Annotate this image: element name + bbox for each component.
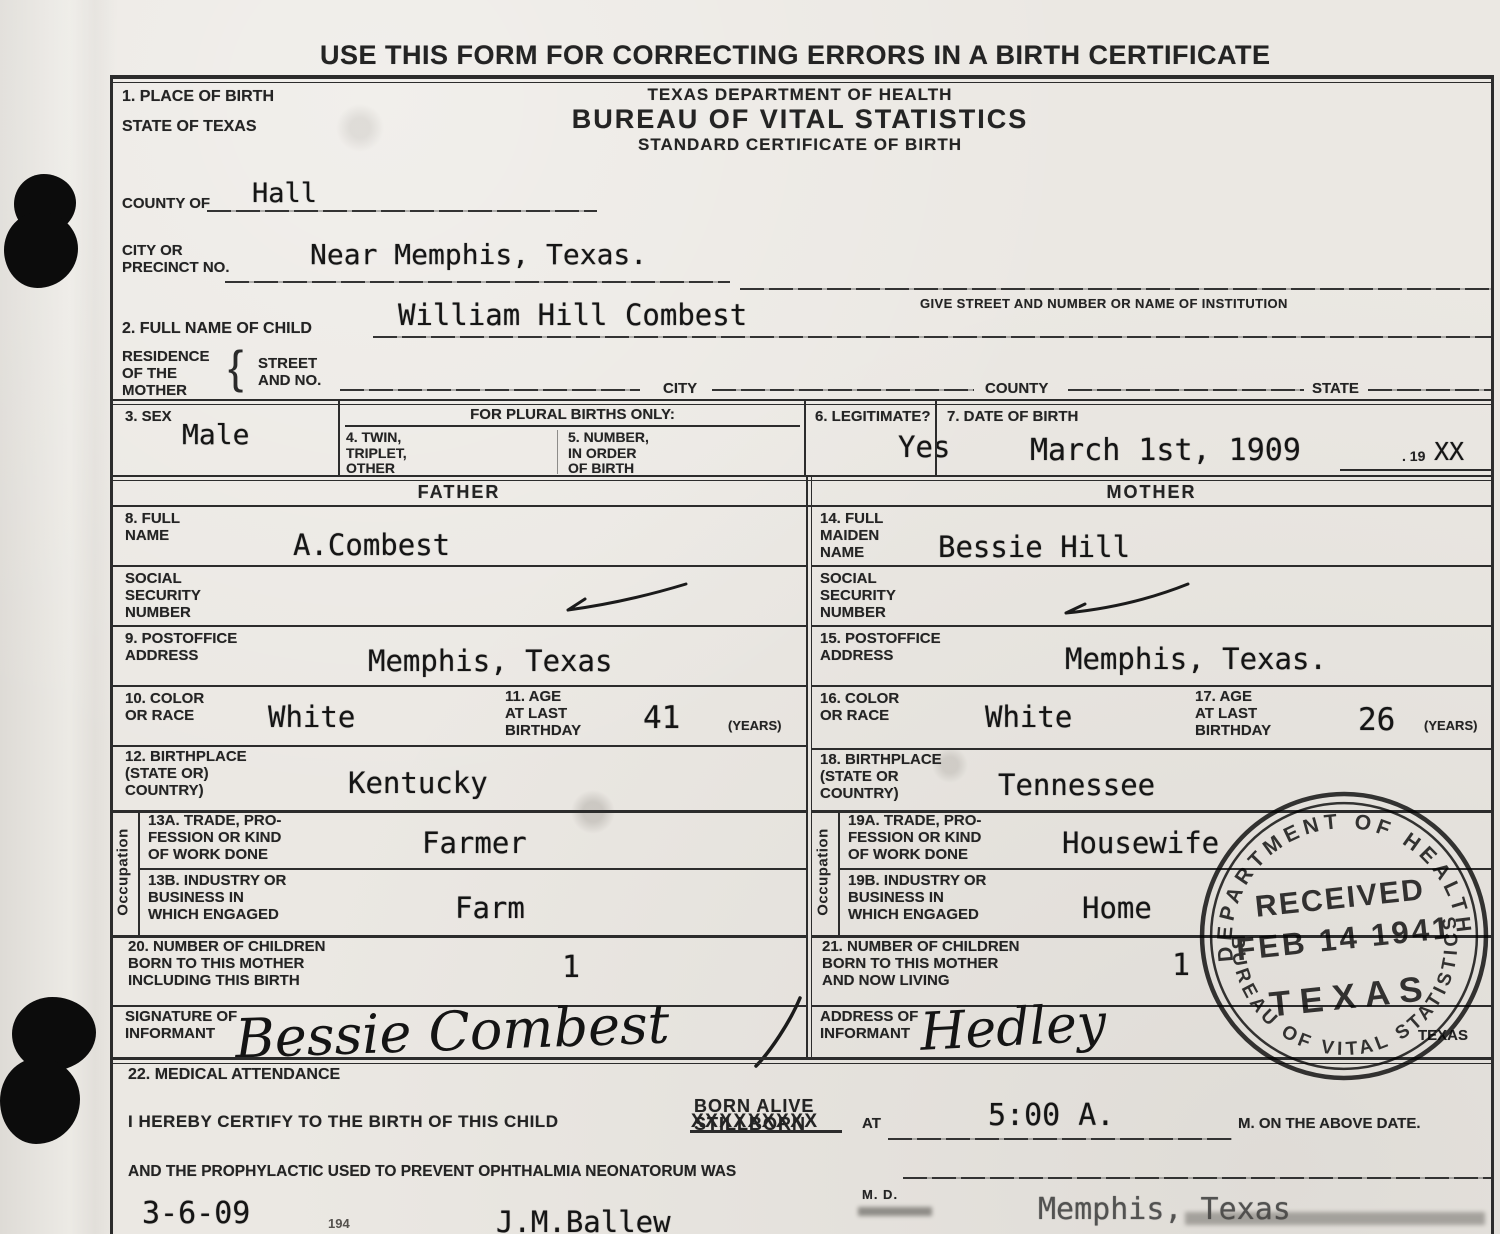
- city-precinct-label: CITY OR PRECINCT NO.: [122, 243, 230, 277]
- struck-text-smudge: [858, 1207, 932, 1216]
- father-row-line-1: [112, 565, 806, 567]
- mother-column-header: MOTHER: [812, 482, 1491, 502]
- footer-date-value: 3-6-09: [142, 1196, 250, 1231]
- mother-industry-value: Home: [1082, 891, 1152, 925]
- residence-county-fill: [1068, 389, 1304, 391]
- city-value: Near Memphis, Texas.: [310, 238, 647, 271]
- street-fill-line: [340, 389, 640, 391]
- place-of-birth-label: 1. PLACE OF BIRTH: [122, 88, 274, 106]
- father-ssn-slash-mark: [558, 580, 693, 618]
- columns-header-bottom: [112, 505, 1494, 507]
- mother-row-line-1: [812, 565, 1491, 567]
- mother-years-label: (YEARS): [1424, 719, 1477, 734]
- mother-ssn-slash-mark: [1058, 578, 1193, 620]
- plural-underline: [345, 425, 800, 427]
- stillborn-strike-line: [690, 1130, 842, 1133]
- mother-children-label: 21. NUMBER OF CHILDREN BORN TO THIS MOTH…: [822, 939, 1020, 989]
- father-occupation-sub-line: [138, 868, 806, 870]
- at-label: AT: [862, 1116, 881, 1133]
- state-of-texas-label: STATE OF TEXAS: [122, 118, 257, 136]
- certificate-title: STANDARD CERTIFICATE OF BIRTH: [500, 135, 1100, 154]
- year-printed: . 19: [1402, 449, 1425, 465]
- father-occupation-vertical-label: Occupation: [115, 810, 135, 935]
- prophylactic-fill-line: [903, 1177, 1491, 1179]
- father-age-value: 41: [643, 700, 680, 736]
- father-row-line-3: [112, 685, 806, 687]
- mother-birthplace-label: 18. BIRTHPLACE (STATE OR COUNTRY): [820, 752, 942, 802]
- mother-age-label: 17. AGE AT LAST BIRTHDAY: [1195, 689, 1271, 739]
- father-trade-label: 13A. TRADE, PRO- FESSION OR KIND OF WORK…: [148, 813, 281, 863]
- signature-informant-label: SIGNATURE OF INFORMANT: [125, 1009, 237, 1043]
- year-underline: [1340, 469, 1491, 471]
- mother-row-line-2: [812, 625, 1491, 627]
- sex-divider: [338, 399, 340, 475]
- child-name-fill-line: [373, 336, 1491, 338]
- form-top-border-inner: [112, 82, 1494, 83]
- father-po-value: Memphis, Texas: [368, 644, 612, 678]
- county-value: Hall: [252, 178, 317, 209]
- plural-births-header: FOR PLURAL BIRTHS ONLY:: [345, 407, 800, 424]
- residence-state-fill: [1368, 389, 1491, 391]
- father-industry-value: Farm: [455, 891, 525, 925]
- father-children-label: 20. NUMBER OF CHILDREN BORN TO THIS MOTH…: [128, 939, 326, 989]
- father-name-label: 8. FULL NAME: [125, 511, 180, 545]
- mother-name-value: Bessie Hill: [938, 530, 1130, 564]
- birth-certificate-scan: USE THIS FORM FOR CORRECTING ERRORS IN A…: [0, 0, 1500, 1234]
- father-color-value: White: [268, 700, 355, 734]
- columns-top-line: [112, 475, 1494, 477]
- father-color-label: 10. COLOR OR RACE: [125, 691, 204, 725]
- order-label: 5. NUMBER, IN ORDER OF BIRTH: [568, 430, 649, 477]
- brace-glyph: {: [228, 340, 243, 394]
- columns-top-line2: [112, 480, 1494, 481]
- mother-color-value: White: [985, 700, 1072, 734]
- father-birthplace-value: Kentucky: [348, 766, 488, 800]
- father-industry-label: 13B. INDUSTRY OR BUSINESS IN WHICH ENGAG…: [148, 873, 286, 923]
- address-informant-label: ADDRESS OF INFORMANT: [820, 1009, 918, 1043]
- prophylactic-text: AND THE PROPHYLACTIC USED TO PREVENT OPH…: [128, 1163, 736, 1180]
- father-occupation-divider: [138, 810, 140, 935]
- mother-trade-label: 19A. TRADE, PRO- FESSION OR KIND OF WORK…: [848, 813, 981, 863]
- informant-address-handwritten: Hedley: [919, 993, 1108, 1063]
- form-left-border: [110, 75, 113, 1234]
- dob-label: 7. DATE OF BIRTH: [947, 409, 1078, 426]
- father-row-line-4: [112, 745, 806, 747]
- md-label: M. D.: [862, 1188, 898, 1203]
- certify-text: I HEREBY CERTIFY TO THE BIRTH OF THIS CH…: [128, 1112, 558, 1131]
- signature-pen-stroke: [752, 992, 807, 1072]
- child-name-value: William Hill Combest: [398, 298, 747, 332]
- dob-value: March 1st, 1909: [1030, 433, 1301, 468]
- mother-name-label: 14. FULL MAIDEN NAME: [820, 511, 883, 561]
- above-date-text: M. ON THE ABOVE DATE.: [1238, 1116, 1421, 1133]
- plural-sub-divider: [557, 430, 558, 474]
- mother-industry-label: 19B. INDUSTRY OR BUSINESS IN WHICH ENGAG…: [848, 873, 986, 923]
- attendant-name-value: J.M.Ballew: [496, 1205, 671, 1234]
- father-ssn-label: SOCIAL SECURITY NUMBER: [125, 571, 201, 621]
- footer-year-printed: 194: [328, 1216, 350, 1231]
- mother-age-value: 26: [1358, 702, 1395, 738]
- father-column-header: FATHER: [112, 482, 806, 502]
- form-top-border: [112, 75, 1494, 79]
- father-po-label: 9. POSTOFFICE ADDRESS: [125, 631, 237, 665]
- mother-po-label: 15. POSTOFFICE ADDRESS: [820, 631, 941, 665]
- legitimate-left-divider: [804, 399, 806, 475]
- year-typed-xx: XX: [1434, 437, 1464, 466]
- mother-birthplace-value: Tennessee: [998, 768, 1155, 802]
- mother-row-line-3: [812, 685, 1491, 687]
- father-trade-value: Farmer: [422, 826, 527, 860]
- mother-occupation-divider: [838, 810, 840, 935]
- father-years-label: (YEARS): [728, 719, 781, 734]
- mother-po-value: Memphis, Texas.: [1065, 642, 1327, 676]
- father-name-value: A.Combest: [293, 528, 450, 562]
- center-divider: [806, 475, 808, 1060]
- residence-city-label: CITY: [663, 381, 697, 398]
- mother-children-value: 1: [1172, 948, 1190, 983]
- institution-fill-line: [740, 288, 1491, 290]
- mother-row-line-4: [812, 748, 1491, 750]
- child-name-label: 2. FULL NAME OF CHILD: [122, 320, 312, 338]
- medical-attendance-label: 22. MEDICAL ATTENDANCE: [128, 1066, 340, 1084]
- bureau-title: BUREAU OF VITAL STATISTICS: [450, 104, 1150, 134]
- city-fill-line: [225, 281, 730, 283]
- mother-occupation-vertical-label: Occupation: [815, 810, 835, 935]
- dob-left-divider: [935, 399, 937, 475]
- residence-state-label: STATE: [1312, 381, 1359, 398]
- street-label: STREET AND NO.: [258, 356, 321, 390]
- father-row-line-2: [112, 625, 806, 627]
- sex-value: Male: [182, 418, 249, 451]
- center-divider2: [811, 475, 812, 1060]
- institution-note: GIVE STREET AND NUMBER OR NAME OF INSTIT…: [920, 297, 1288, 312]
- department-title: TEXAS DEPARTMENT OF HEALTH: [500, 85, 1100, 104]
- correction-notice: USE THIS FORM FOR CORRECTING ERRORS IN A…: [320, 40, 1200, 70]
- father-birthplace-label: 12. BIRTHPLACE (STATE OR) COUNTRY): [125, 749, 247, 799]
- father-age-label: 11. AGE AT LAST BIRTHDAY: [505, 689, 581, 739]
- mother-ssn-label: SOCIAL SECURITY NUMBER: [820, 571, 896, 621]
- sex-label: 3. SEX: [125, 409, 172, 426]
- legitimate-value: Yes: [898, 430, 950, 464]
- received-stamp: DEPARTMENT OF HEALTH BUREAU OF VITAL STA…: [1178, 770, 1500, 1102]
- mother-color-label: 16. COLOR OR RACE: [820, 691, 899, 725]
- time-fill-line: [888, 1138, 1232, 1140]
- residence-county-label: COUNTY: [985, 381, 1048, 398]
- sex-row-top-line: [112, 399, 1494, 401]
- sex-row-top-line2: [112, 404, 1494, 405]
- father-children-value: 1: [562, 950, 580, 985]
- time-value: 5:00 A.: [988, 1098, 1114, 1133]
- county-fill-line: [207, 210, 597, 212]
- county-of-label: COUNTY OF: [122, 196, 210, 213]
- footer-smear: [1185, 1212, 1485, 1225]
- legitimate-label: 6. LEGITIMATE?: [815, 409, 931, 426]
- twin-label: 4. TWIN, TRIPLET, OTHER: [346, 430, 407, 477]
- residence-label: RESIDENCE OF THE MOTHER: [122, 349, 210, 399]
- ink-blot: [0, 1058, 80, 1144]
- residence-city-fill: [712, 389, 974, 391]
- ink-blot: [4, 212, 78, 288]
